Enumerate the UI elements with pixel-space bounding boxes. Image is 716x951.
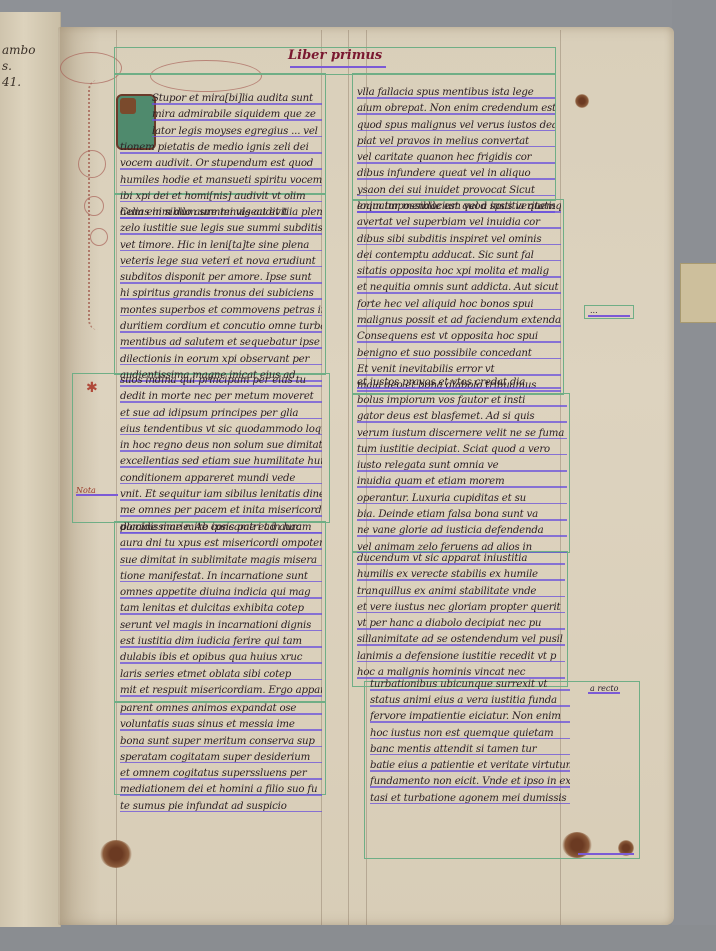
text-line: 6dibus infundere queat vel in aliquo: [357, 167, 555, 183]
text-line: 2aium obrepat. Non enim credendum est: [357, 102, 555, 118]
right-column-region-1: 1vlla fallacia spus mentibus ista lege 2…: [357, 86, 555, 216]
text-line: 6hi spiritus grandis tronus dei subicien…: [120, 287, 322, 303]
text-line: 3quod spus malignus vel verus iustos dea: [357, 119, 555, 135]
text-line: 2dedit in morte nec per metum moveret: [120, 390, 322, 406]
text-line: 4tum iustitie decipiat. Sciat quod a ver…: [357, 443, 567, 459]
text-line: 5vt per hanc a diabolo decipiat nec pu: [357, 617, 565, 633]
text-line: 6et nequitia omnis sunt addicta. Aut sic…: [357, 281, 561, 297]
text-line: 1status animi eius a vera iustitia funda: [370, 694, 570, 710]
text-line: 1parent omnes animos expandat ose: [120, 702, 322, 718]
spine-line: 41.: [2, 74, 35, 90]
text-line: 8bia. Deinde etiam falsa bona sunt va: [357, 508, 567, 524]
text-line: 2zelo iustitie sue legis sue summi subdi…: [120, 222, 322, 238]
pen-flourish: [60, 52, 122, 84]
text-line: 3vet timore. Hic in leni[ta]te sine plen…: [120, 239, 322, 255]
pen-flourish: [78, 150, 106, 178]
text-line: 7conditionem appareret mundi vede: [120, 472, 322, 488]
text-line: 1vlla fallacia spus mentibus ista lege: [357, 86, 555, 102]
text-line: 1placidissime mire concame et in hac: [120, 521, 322, 537]
text-line: 9dulabis ibis et opibus qua huius xruc: [120, 651, 322, 667]
text-line: 5vel caritate quanon hec frigidis cor: [357, 151, 555, 167]
text-line: 2avertat vel superbiam vel inuidia cor: [357, 216, 561, 232]
background-top: [0, 0, 716, 30]
right-column-region-4: 1ducendum vt sic apparat iniustitia 2hum…: [357, 552, 565, 682]
text-line: 7ibi xpi dei et homi[nis] audivit vt oli…: [120, 190, 322, 206]
text-line: 1Stupor et mira[bi]lia audita sunt: [152, 92, 322, 108]
right-column-region-2b: 13et iustos pravos et vtos credat dia: [357, 376, 561, 392]
right-column-region-4b: 9turbationibus ubicunque surrexit vt: [370, 678, 570, 694]
left-column-region-2: 1Cum enim dum summi vigeat et tiia plena…: [120, 206, 322, 385]
ink-stain: [100, 840, 132, 868]
text-line: 6sillanimitate ad se ostendendum vel pus…: [357, 633, 565, 649]
text-line: 8vnit. Et sequitur iam sibilus lenitatis…: [120, 488, 322, 504]
text-line: 1Cum enim dum summi vigeat et tiia plena: [120, 206, 322, 222]
text-line: 13et iustos pravos et vtos credat dia: [357, 376, 561, 392]
right-column-region-5: 1status animi eius a vera iustitia funda…: [370, 694, 570, 808]
page-tab-marker: [680, 263, 716, 323]
text-line: 11mit et respuit misericordiam. Ergo app…: [120, 684, 322, 700]
text-line: 3tranquillus ex animi stabilitate vnde: [357, 585, 565, 601]
text-line: 5iusto relegata sunt omnia ve: [357, 459, 567, 475]
page-title: Liber primus: [288, 48, 382, 63]
text-line: 4tionem pietatis de medio ignis zeli dei: [120, 141, 322, 157]
margin-note-baseline: [588, 692, 620, 694]
margin-note-baseline: [76, 494, 118, 496]
text-line: 6tam lenitas et dulcitas exhibita cotep: [120, 602, 322, 618]
text-line: 3verum iustum discernere velit ne se fum…: [357, 427, 567, 443]
spine-line: s.: [2, 58, 35, 74]
asterisk-mark: ✱: [86, 380, 98, 396]
right-column-region-3: 1bolus impiorum vos fautor et insti 2gat…: [357, 394, 567, 557]
right-column-region-2: 1loquatur mendacium vel a iustitia quemq…: [357, 200, 561, 396]
left-column-region-1: 1Stupor et mira[bi]lia audita sunt 2mira…: [152, 92, 322, 141]
text-line: 5vocem audivit. Or stupendum est quod: [120, 157, 322, 173]
text-line: 9Consequens est vt opposita hoc spui: [357, 330, 561, 346]
margin-note-upper: ...: [590, 306, 598, 315]
text-line: 5subditos disponit per amore. Ipse sunt: [120, 271, 322, 287]
text-line: 7serunt vel magis in incarnationi dignis: [120, 619, 322, 635]
background-bottom: [0, 925, 716, 951]
text-line: 2voluntatis suas sinus et messia ime: [120, 718, 322, 734]
text-line: 4dei contemptu adducat. Sic sunt fal: [357, 249, 561, 265]
text-line: 2aura dni tu xpus est misericordi ompote…: [120, 537, 322, 553]
text-line: 9me omnes per pacem et inita misericordi…: [120, 504, 322, 520]
text-line: 8duritiem cordium et concutio omne turba…: [120, 320, 322, 336]
text-line: 1bolus impiorum vos fautor et insti: [357, 394, 567, 410]
spine-line: ambo: [2, 42, 35, 58]
text-line: 3lator legis moyses egregius ... vel: [152, 125, 322, 141]
text-line: 5sitatis opposita hoc xpi molita et mali…: [357, 265, 561, 281]
text-line: 4et vere iustus nec gloriam propter quer…: [357, 601, 565, 617]
book-spine-edge: ambo s. 41.: [0, 12, 61, 927]
text-line: 9mentibus ad salutem et sequebatur ipse …: [120, 336, 322, 352]
text-line: 3bona sunt super meritum conserva sup: [120, 735, 322, 751]
catchword-baseline: [578, 853, 634, 855]
text-line: 3sue dimitat in sublimitate magis misera: [120, 554, 322, 570]
text-line: 5et omnem cogitatus superssluens per: [120, 767, 322, 783]
text-line: 2gator deus est blasfemet. Ad si quis: [357, 410, 567, 426]
text-line: 4tione manifestat. In incarnatione sunt: [120, 570, 322, 586]
text-line: 7forte hec vel aliquid hoc bonos spui: [357, 298, 561, 314]
left-column-region-3: 1suos indina qui principum per eius tu 2…: [120, 374, 322, 537]
text-line: 4piat vel pravos in melius convertat: [357, 135, 555, 151]
pen-flourish: [150, 60, 262, 92]
text-line: 7operantur. Luxuria cupiditas et su: [357, 492, 567, 508]
text-line: 2mira admirabile siquidem que ze: [152, 108, 322, 124]
text-line: 7tasi et turbatione agonem mei dumissis: [370, 792, 570, 808]
margin-note-baseline: [588, 315, 630, 317]
text-line: 1ducendum vt sic apparat iniustitia: [357, 552, 565, 568]
text-line: 6mediationem dei et homini a filio suo f…: [120, 783, 322, 799]
text-line: 9turbationibus ubicunque surrexit vt: [370, 678, 570, 694]
text-line: 4eius tendentibus vt sic quodammodo loqu…: [120, 423, 322, 439]
text-line: 1loquatur mendacium vel a iustitia quemq…: [357, 200, 561, 216]
text-line: 10laris series etmet oblata sibi cotep: [120, 668, 322, 684]
text-line: 6fundamento non eicit. Vnde et ipso in e…: [370, 775, 570, 791]
spine-label: ambo s. 41.: [2, 42, 35, 90]
text-line: 10dilectionis in eorum xpi observant per: [120, 353, 322, 369]
text-line: 2fervore impatientie eiciatur. Non enim: [370, 710, 570, 726]
text-line: 5omnes appetite diuina indicia qui mag: [120, 586, 322, 602]
text-line: 3hoc iustus non est quemque quietam: [370, 727, 570, 743]
text-line: 5batie eius a patientie et veritate virt…: [370, 759, 570, 775]
text-line: 3et sue ad idipsum principes per glia: [120, 407, 322, 423]
text-line: 8est iustitia dim iudicia ferire qui tam: [120, 635, 322, 651]
text-line: 3dibus sibi subditis inspiret vel ominis: [357, 233, 561, 249]
left-column-region-5: 1parent omnes animos expandat ose 2volun…: [120, 702, 322, 816]
text-line: 2humilis ex verecte stabilis ex humile: [357, 568, 565, 584]
text-line: 4banc mentis attendit si tamen tur: [370, 743, 570, 759]
background-right: [672, 0, 716, 951]
text-line: 5in hoc regno deus non solum sue dimitat: [120, 439, 322, 455]
ink-stain: [575, 94, 589, 108]
ruling-line: [116, 30, 117, 925]
text-line: 6inuidia quam et etiam morem: [357, 475, 567, 491]
text-line: 6humiles hodie et mansueti spiritu vocem: [120, 174, 322, 190]
text-line: 10benigno et suo possibile concedant: [357, 347, 561, 363]
text-line: 7te sumus pie infundat ad suspicio: [120, 800, 322, 816]
text-line: 7lanimis a defensione iustitie recedit v…: [357, 650, 565, 666]
ruling-line: [348, 30, 349, 925]
text-line: 4speratam cogitatam super desiderium: [120, 751, 322, 767]
text-line: 6excellentias sed etiam sue humilitate h…: [120, 455, 322, 471]
text-line: 7montes superbos et commovens petras in: [120, 304, 322, 320]
title-baseline: [290, 66, 386, 68]
pen-flourish: [90, 228, 108, 246]
text-line: 8malignus possit et ad faciendum extenda…: [357, 314, 561, 330]
text-line: 7ysaon dei sui inuidet provocat Sicut: [357, 184, 555, 200]
text-line: 9ne vane glorie ad iusticia defendenda: [357, 524, 567, 540]
text-line: 4veteris lege sua veteri et nova erudiun…: [120, 255, 322, 271]
text-line: 1suos indina qui principum per eius tu: [120, 374, 322, 390]
left-column-region-4: 1placidissime mire concame et in hac 2au…: [120, 521, 322, 700]
pen-flourish: [84, 196, 104, 216]
